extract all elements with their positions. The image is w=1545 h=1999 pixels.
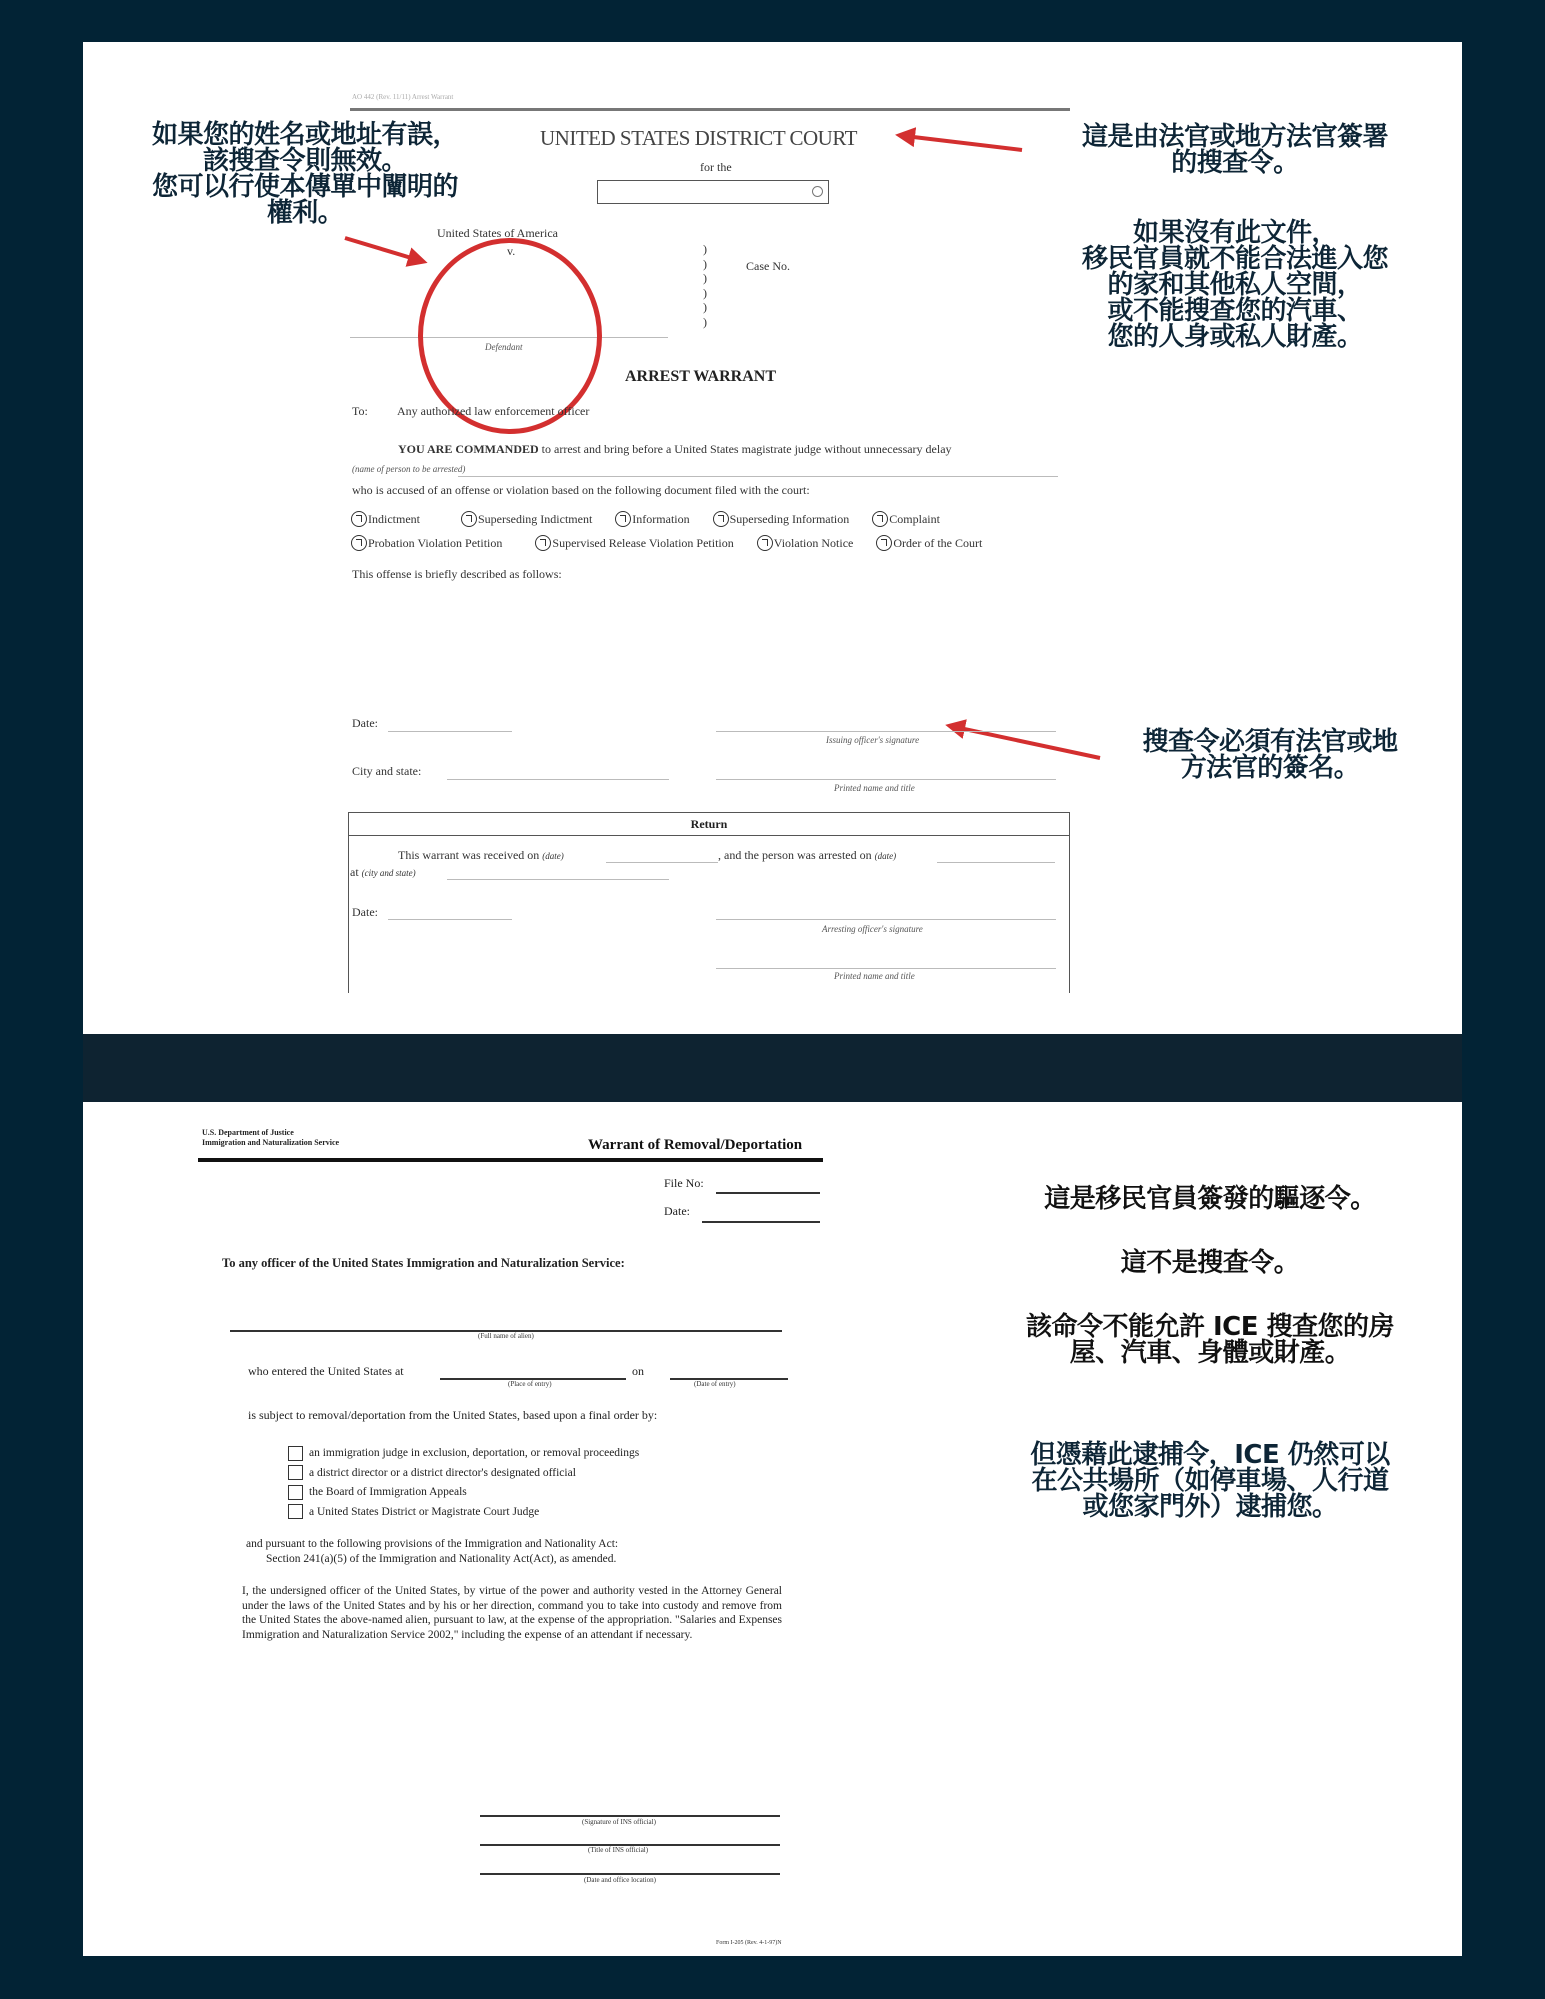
- date-office-line[interactable]: [480, 1873, 780, 1875]
- option-information[interactable]: Information: [615, 512, 689, 526]
- date-office-hint: (Date and office location): [584, 1876, 656, 1884]
- at-city-line[interactable]: [447, 879, 669, 880]
- removal-warrant-title: Warrant of Removal/Deportation: [588, 1137, 802, 1154]
- issuing-signature-label: Issuing officer's signature: [826, 735, 919, 745]
- commanded-rest: to arrest and bring before a United Stat…: [539, 442, 952, 456]
- option-complaint[interactable]: Complaint: [872, 512, 940, 526]
- annotation-judge-signed: 這是由法官或地方法官簽署 的搜查令。: [1030, 124, 1440, 176]
- option-probation-violation[interactable]: Probation Violation Petition: [351, 536, 502, 550]
- city-state-label: City and state:: [352, 764, 421, 779]
- annotation-no-entry: 如果沒有此文件， 移民官員就不能合法進入您 的家和其他私人空間， 或不能搜查您的…: [1030, 220, 1440, 350]
- removal-date-line[interactable]: [702, 1221, 820, 1223]
- radio-icon: [461, 511, 477, 527]
- date-line[interactable]: [388, 731, 512, 732]
- removal-date-label: Date:: [664, 1204, 690, 1219]
- subject-text: is subject to removal/deportation from t…: [248, 1408, 657, 1423]
- place-entry-hint: (Place of entry): [508, 1380, 552, 1388]
- return-header: Return: [349, 813, 1069, 836]
- arrested-text: , and the person was arrested on (date): [718, 848, 896, 863]
- removal-header-rule: [198, 1158, 823, 1162]
- return-printed-label: Printed name and title: [834, 971, 915, 981]
- to-value: Any authorized law enforcement officer: [397, 404, 589, 419]
- document-options-row2: Probation Violation Petition Supervised …: [351, 536, 1002, 552]
- radio-icon: [757, 535, 773, 551]
- name-label: (name of person to be arrested): [352, 464, 465, 474]
- option-violation-notice[interactable]: Violation Notice: [757, 536, 854, 550]
- full-name-hint: (Full name of alien): [478, 1332, 534, 1340]
- radio-icon: [872, 511, 888, 527]
- checkbox-icon: [288, 1504, 303, 1519]
- date-entry-hint: (Date of entry): [694, 1380, 736, 1388]
- printed-name-label: Printed name and title: [834, 783, 915, 793]
- option-superseding-information[interactable]: Superseding Information: [713, 512, 850, 526]
- option-indictment[interactable]: Indictment: [351, 512, 420, 526]
- name-line[interactable]: [458, 476, 1058, 477]
- pursuant-line1: and pursuant to the following provisions…: [246, 1538, 618, 1550]
- received-text: This warrant was received on (date): [398, 848, 564, 863]
- to-officer-text: To any officer of the United States Immi…: [222, 1256, 625, 1271]
- option-supervised-release[interactable]: Supervised Release Violation Petition: [535, 536, 733, 550]
- form-number: Form I-205 (Rev. 4-1-97)N: [716, 1940, 782, 1946]
- ins-signature-line[interactable]: [480, 1815, 780, 1817]
- radio-icon: [351, 535, 367, 551]
- return-printed-line[interactable]: [716, 968, 1056, 969]
- order-option-bia[interactable]: the Board of Immigration Appeals: [288, 1483, 639, 1503]
- removal-warrant-panel: [83, 1102, 1462, 1956]
- date-label: Date:: [352, 716, 378, 731]
- authority-paragraph: I, the undersigned officer of the United…: [242, 1584, 782, 1642]
- option-superseding-indictment[interactable]: Superseding Indictment: [461, 512, 592, 526]
- section-divider: [83, 1034, 1462, 1102]
- commanded-text: YOU ARE COMMANDED to arrest and bring be…: [398, 442, 952, 457]
- commanded-bold: YOU ARE COMMANDED: [398, 442, 539, 456]
- order-option-district-director[interactable]: a district director or a district direct…: [288, 1464, 639, 1484]
- radio-icon: [876, 535, 892, 551]
- annotation-no-search: 該命令不能允許 ICE 搜查您的房 屋、汽車、身體或財產。: [975, 1314, 1445, 1366]
- return-box: Return: [348, 812, 1070, 993]
- order-option-immigration-judge[interactable]: an immigration judge in exclusion, depor…: [288, 1444, 639, 1464]
- offense-text: This offense is briefly described as fol…: [352, 567, 562, 582]
- order-options: an immigration judge in exclusion, depor…: [288, 1444, 639, 1522]
- ins-title-hint: (Title of INS official): [588, 1846, 648, 1854]
- at-city-text: at (city and state): [350, 865, 416, 880]
- issuing-signature-line[interactable]: [716, 731, 1056, 732]
- accused-text: who is accused of an offense or violatio…: [352, 483, 810, 498]
- agency-line2: Immigration and Naturalization Service: [202, 1138, 339, 1147]
- order-option-court-judge[interactable]: a United States District or Magistrate C…: [288, 1503, 639, 1523]
- arrested-date-line[interactable]: [937, 862, 1055, 863]
- document-options-row1: Indictment Superseding Indictment Inform…: [351, 512, 960, 528]
- radio-icon: [351, 511, 367, 527]
- annotation-not-search-warrant: 這不是搜查令。: [980, 1250, 1440, 1276]
- annotation-deportation-order: 這是移民官員簽發的驅逐令。: [980, 1186, 1440, 1212]
- ins-signature-hint: (Signature of INS official): [582, 1818, 656, 1826]
- annotation-name-address: 如果您的姓名或地址有誤， 該搜查令則無效。 您可以行使本傳單中闡明的 權利。: [100, 122, 510, 226]
- radio-icon: [615, 511, 631, 527]
- entered-text: who entered the United States at: [248, 1364, 404, 1379]
- to-label: To:: [352, 404, 368, 419]
- annotation-public-arrest: 但憑藉此逮捕令，ICE 仍然可以 在公共場所（如停車場、人行道 或您家門外）逮捕…: [975, 1442, 1445, 1520]
- pursuant-line2: Section 241(a)(5) of the Immigration and…: [266, 1553, 616, 1565]
- printed-name-line[interactable]: [716, 779, 1056, 780]
- on-text: on: [632, 1364, 644, 1379]
- radio-icon: [535, 535, 551, 551]
- arresting-signature-label: Arresting officer's signature: [822, 924, 923, 934]
- checkbox-icon: [288, 1446, 303, 1461]
- option-order-of-court[interactable]: Order of the Court: [876, 536, 982, 550]
- return-date-line[interactable]: [388, 919, 512, 920]
- file-no-line[interactable]: [716, 1192, 820, 1194]
- radio-icon: [713, 511, 729, 527]
- file-no-label: File No:: [664, 1176, 704, 1191]
- annotation-signature-required: 搜查令必須有法官或地 方法官的簽名。: [1100, 729, 1440, 781]
- return-date-label: Date:: [352, 905, 378, 920]
- received-date-line[interactable]: [606, 862, 718, 863]
- agency-line1: U.S. Department of Justice: [202, 1128, 294, 1137]
- warrant-title: ARREST WARRANT: [625, 368, 776, 386]
- checkbox-icon: [288, 1485, 303, 1500]
- city-state-line[interactable]: [447, 779, 669, 780]
- checkbox-icon: [288, 1465, 303, 1480]
- arresting-signature-line[interactable]: [716, 919, 1056, 920]
